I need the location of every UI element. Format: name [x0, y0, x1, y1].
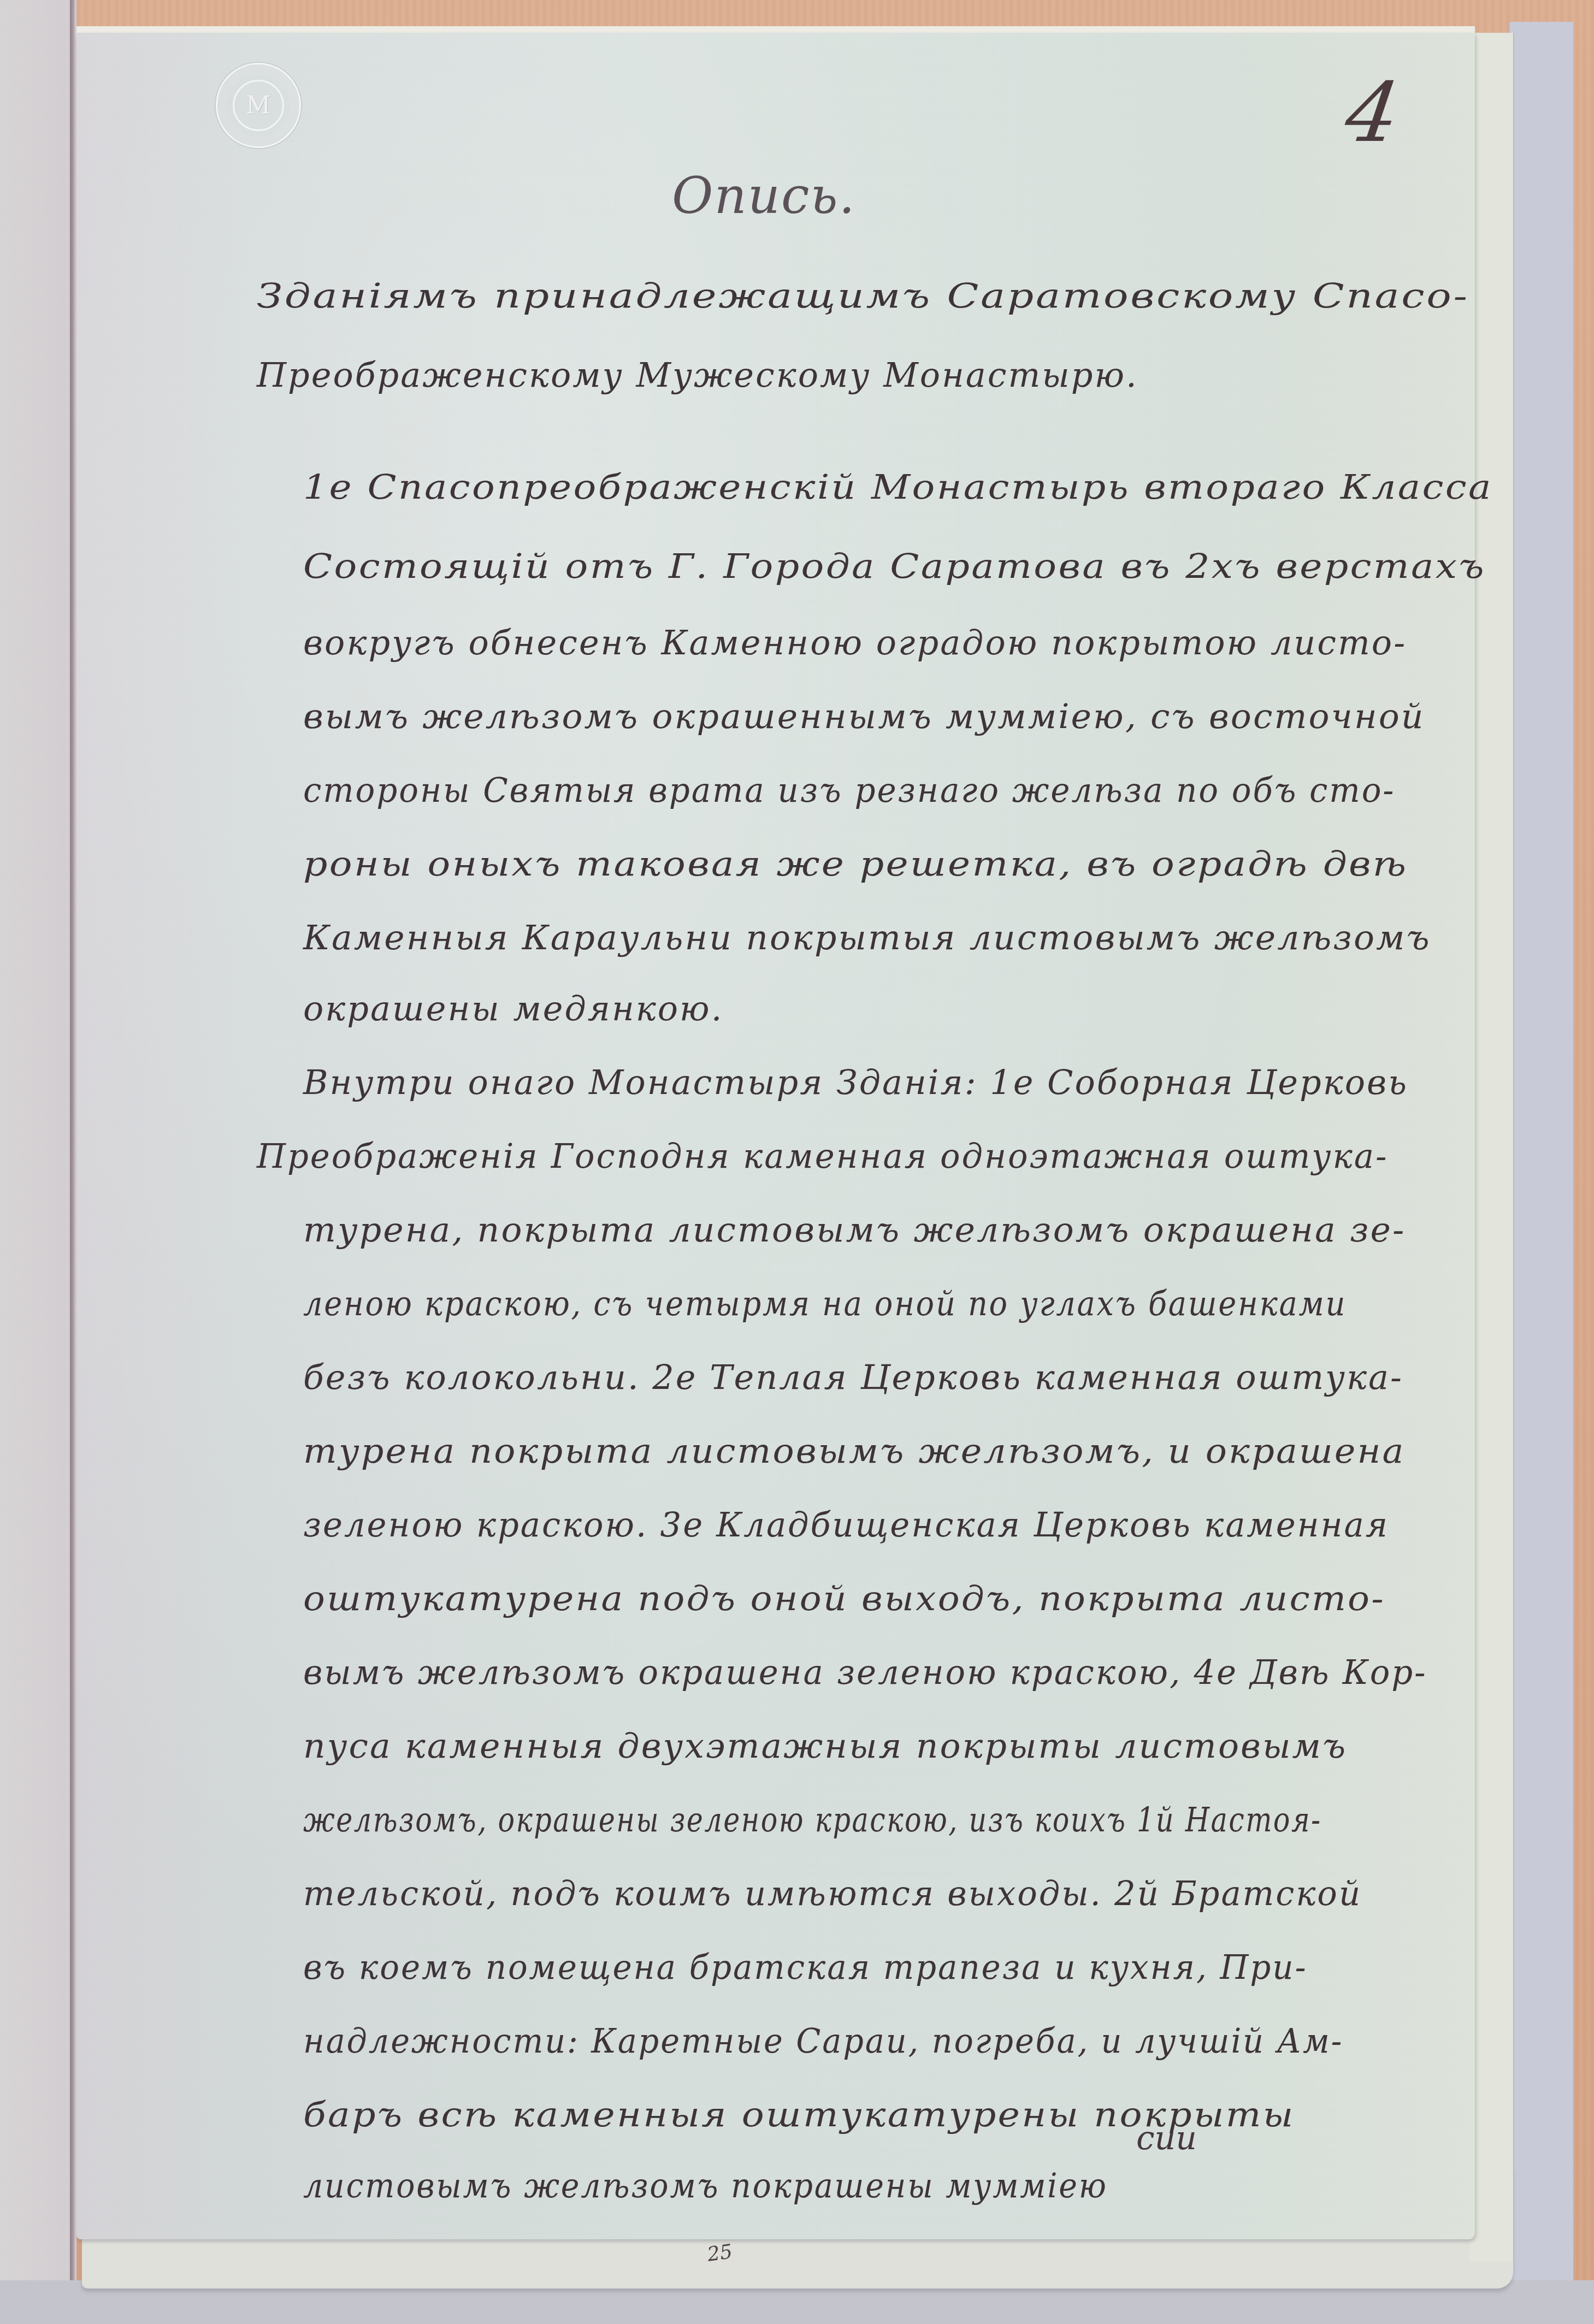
text-line: турена, покрыта листовымъ желѣзомъ окраш…: [303, 1210, 1406, 1250]
text-line: турена покрыта листовымъ желѣзомъ, и окр…: [303, 1431, 1405, 1471]
pencil-page-number: 25: [706, 2240, 734, 2266]
text-line: желѣзомъ, окрашены зеленою краскою, изъ …: [303, 1800, 1322, 1840]
text-line: Внутри онаго Монастыря Зданія: 1е Соборн…: [303, 1062, 1408, 1102]
book-gutter: [70, 0, 75, 2280]
text-line: Каменныя Караульни покрытыя листовымъ же…: [303, 918, 1431, 957]
text-line: листовымъ желѣзомъ покрашены мумміею: [303, 2166, 1108, 2205]
heading-line: Зданіямъ принадлежащимъ Саратовскому Спа…: [257, 276, 1469, 316]
folder-board: [1509, 22, 1573, 2324]
text-line: тельской, подъ коимъ имѣются выходы. 2й …: [303, 1873, 1362, 1913]
underlying-sheet-right: [1469, 33, 1514, 2261]
document-title: Опись.: [672, 167, 856, 225]
text-line: въ коемъ помещена братская трапеза и кух…: [303, 1947, 1307, 1987]
seal-monogram: М: [233, 80, 284, 131]
left-page-edge: [0, 0, 76, 2280]
text-line: 1е Спасопреображенскій Монастырь втораго…: [303, 467, 1493, 507]
text-line: Преображенія Господня каменная одноэтажн…: [257, 1136, 1388, 1176]
text-line: стороны Святыя врата изъ резнаго желѣза …: [303, 770, 1395, 810]
text-line: безъ колокольни. 2е Теплая Церковь камен…: [303, 1357, 1403, 1397]
text-line: вымъ желѣзомъ окрашена зеленою краскою, …: [303, 1652, 1427, 1692]
text-line: надлежности: Каретные Сараи, погреба, и …: [303, 2021, 1343, 2061]
text-line: вымъ желѣзомъ окрашеннымъ мумміею, съ во…: [303, 696, 1425, 736]
text-line: зеленою краскою. 3е Кладбищенская Церков…: [303, 1505, 1389, 1545]
text-line: Состоящій отъ Г. Города Саратова въ 2хъ …: [303, 546, 1486, 586]
embossed-seal-icon: М: [216, 63, 301, 148]
catchword: сии: [1136, 2119, 1197, 2157]
text-line: оштукатурена подъ оной выходъ, покрыта л…: [303, 1578, 1385, 1618]
text-line: леною краскою, съ четырмя на оной по угл…: [303, 1284, 1347, 1323]
text-line: окрашены медянкою.: [303, 989, 723, 1028]
text-line: пуса каменныя двухэтажныя покрыты листов…: [303, 1726, 1347, 1766]
text-line: роны оныхъ таковая же решетка, въ оградѣ…: [303, 844, 1408, 884]
text-line: вокругъ обнесенъ Каменною оградою покрыт…: [303, 623, 1407, 663]
heading-line: Преображенскому Мужескому Монастырю.: [257, 355, 1138, 395]
